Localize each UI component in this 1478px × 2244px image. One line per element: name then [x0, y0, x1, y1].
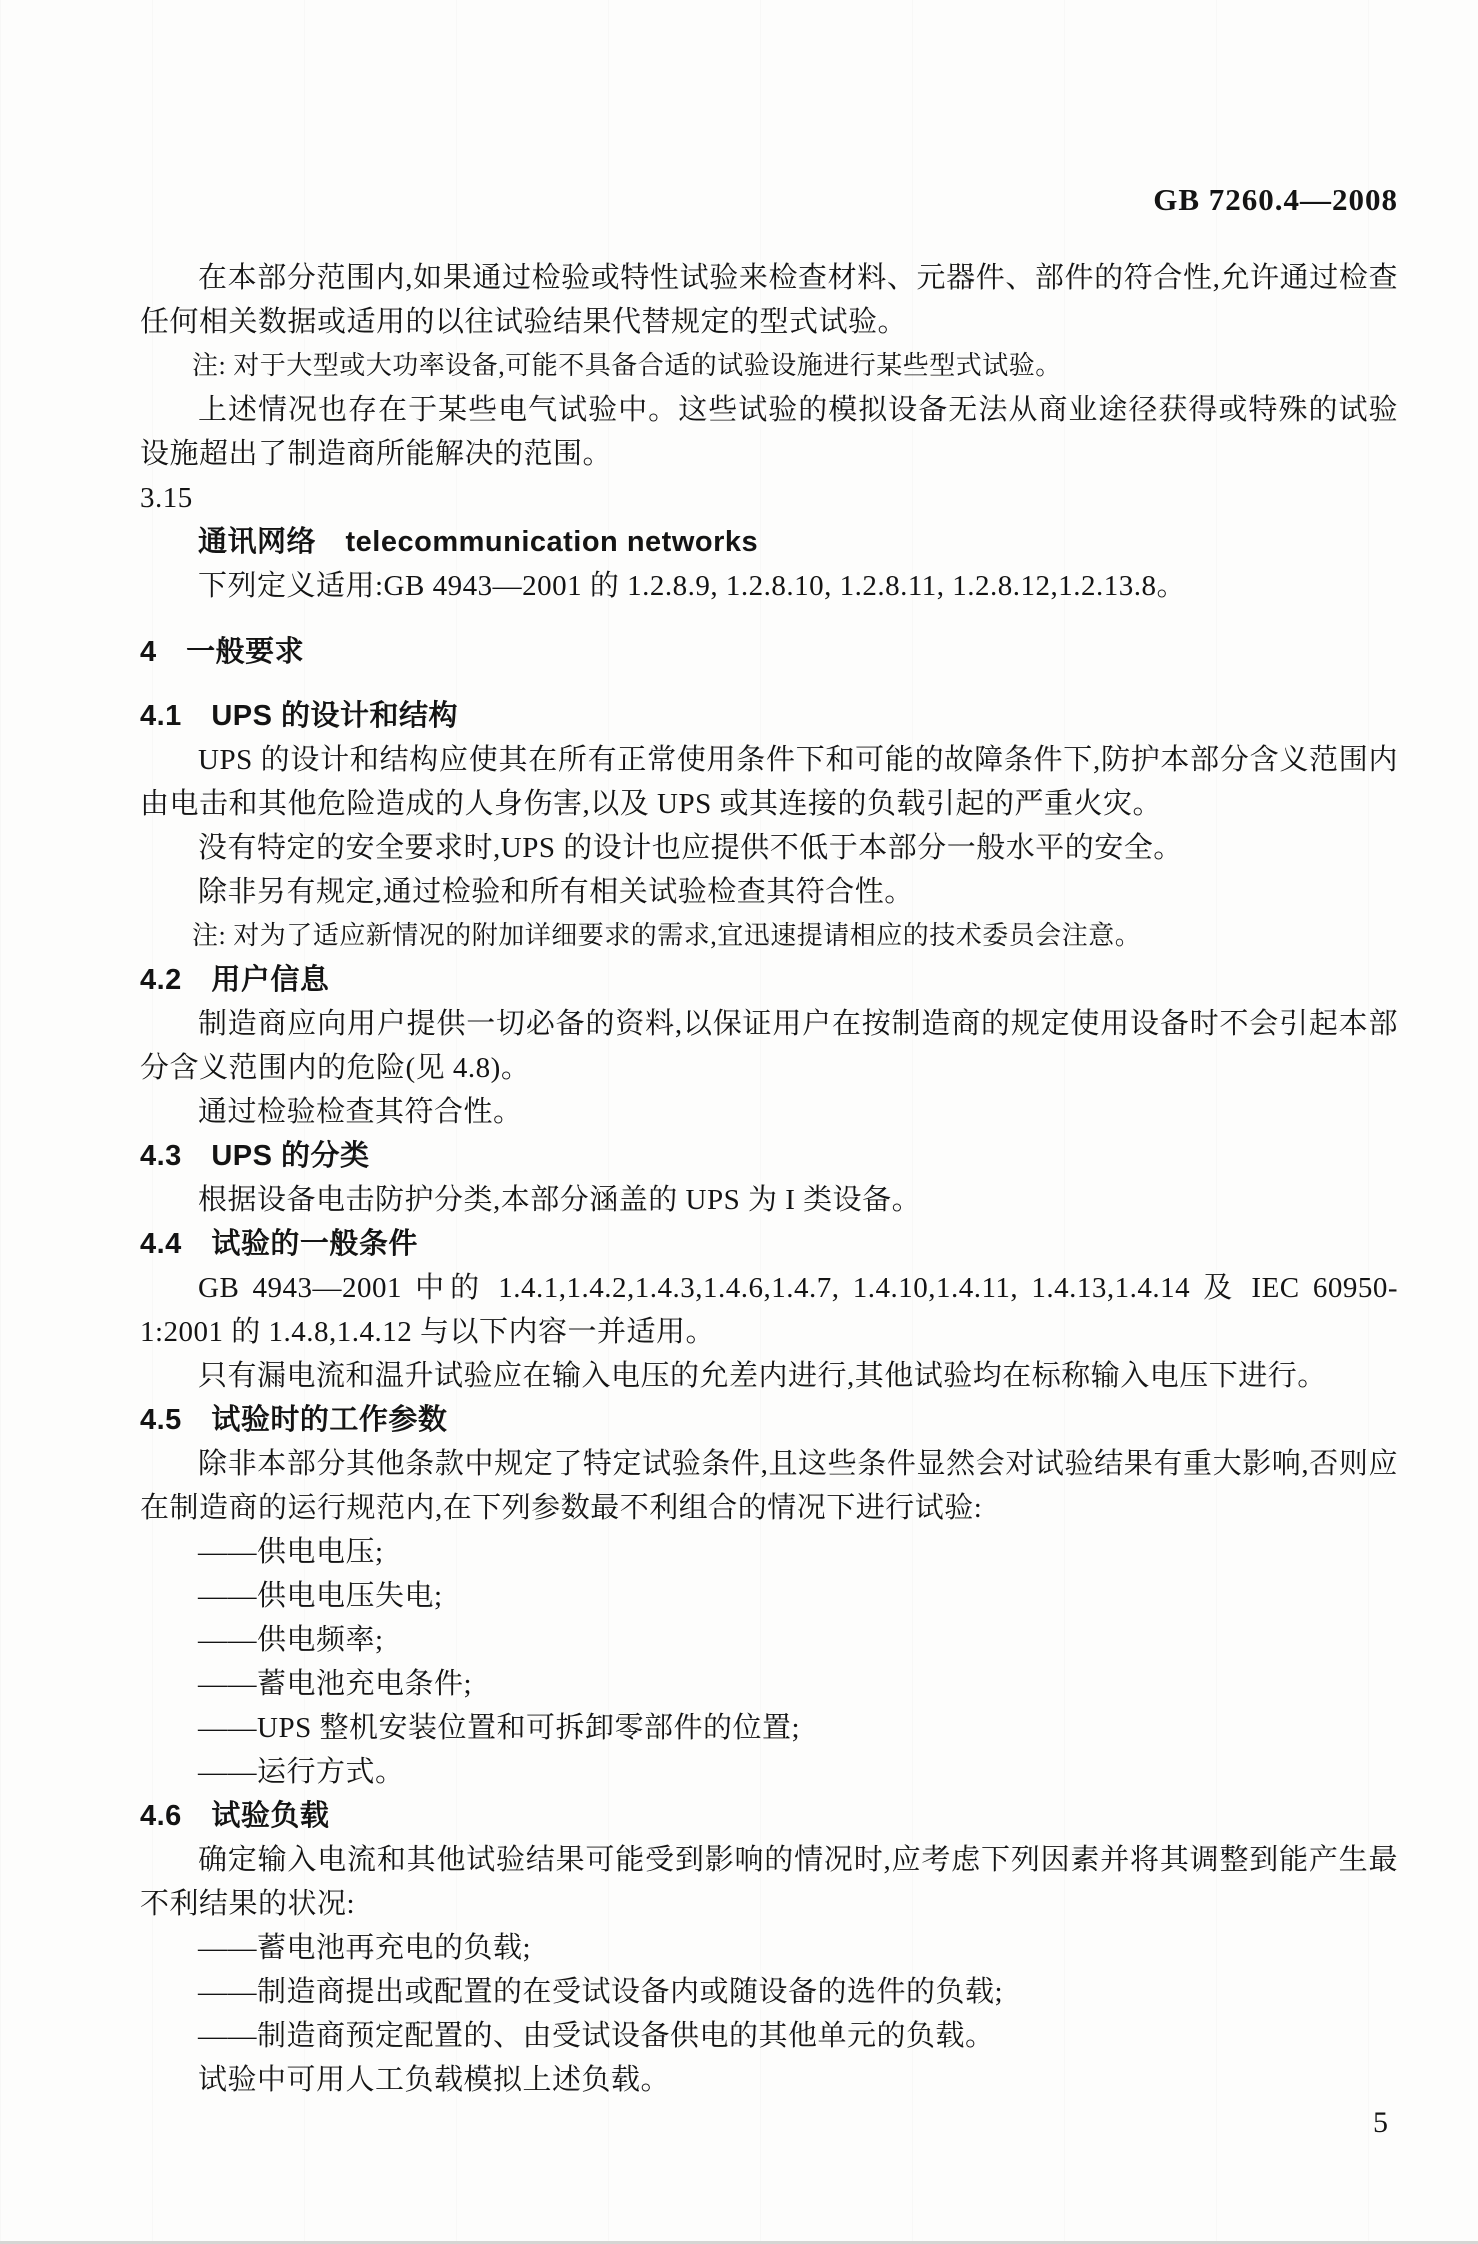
list-item: ——UPS 整机安装位置和可拆卸零部件的位置; — [140, 1706, 1398, 1750]
clause-heading: 4.2 用户信息 — [140, 958, 1398, 1002]
chapter-heading: 4 一般要求 — [140, 630, 1398, 674]
list-item: ——供电频率; — [140, 1618, 1398, 1662]
term-heading: 通讯网络 telecommunication networks — [140, 520, 1398, 564]
paragraph: 制造商应向用户提供一切必备的资料,以保证用户在按制造商的规定使用设备时不会引起本… — [140, 1002, 1398, 1090]
clause-heading: 4.5 试验时的工作参数 — [140, 1398, 1398, 1442]
document-page: GB 7260.4—2008 在本部分范围内,如果通过检验或特性试验来检查材料、… — [0, 0, 1478, 2244]
paragraph: 确定输入电流和其他试验结果可能受到影响的情况时,应考虑下列因素并将其调整到能产生… — [140, 1838, 1398, 1926]
paragraph: 在本部分范围内,如果通过检验或特性试验来检查材料、元器件、部件的符合性,允许通过… — [140, 256, 1398, 344]
list-item: ——运行方式。 — [140, 1750, 1398, 1794]
note: 注: 对为了适应新情况的附加详细要求的需求,宜迅速提请相应的技术委员会注意。 — [140, 914, 1398, 958]
list-item: ——制造商预定配置的、由受试设备供电的其他单元的负载。 — [140, 2014, 1398, 2058]
page-number: 5 — [1373, 2106, 1388, 2140]
paragraph: GB 4943—2001 中的 1.4.1,1.4.2,1.4.3,1.4.6,… — [140, 1266, 1398, 1354]
paragraph: 只有漏电流和温升试验应在输入电压的允差内进行,其他试验均在标称输入电压下进行。 — [140, 1354, 1398, 1398]
list-item: ——供电电压失电; — [140, 1574, 1398, 1618]
clause-heading: 4.4 试验的一般条件 — [140, 1222, 1398, 1266]
paragraph: 上述情况也存在于某些电气试验中。这些试验的模拟设备无法从商业途径获得或特殊的试验… — [140, 388, 1398, 476]
note: 注: 对于大型或大功率设备,可能不具备合适的试验设施进行某些型式试验。 — [140, 344, 1398, 388]
paragraph: 试验中可用人工负载模拟上述负载。 — [140, 2058, 1398, 2102]
clause-heading: 4.3 UPS 的分类 — [140, 1134, 1398, 1178]
paragraph: 通过检验检查其符合性。 — [140, 1090, 1398, 1134]
standard-number: GB 7260.4—2008 — [1153, 182, 1398, 218]
list-item: ——供电电压; — [140, 1530, 1398, 1574]
list-item: ——制造商提出或配置的在受试设备内或随设备的选件的负载; — [140, 1970, 1398, 2014]
paragraph: 根据设备电击防护分类,本部分涵盖的 UPS 为 I 类设备。 — [140, 1178, 1398, 1222]
paragraph: 下列定义适用:GB 4943—2001 的 1.2.8.9, 1.2.8.10,… — [140, 564, 1398, 608]
clause-number: 3.15 — [140, 476, 1398, 520]
clause-heading: 4.1 UPS 的设计和结构 — [140, 694, 1398, 738]
paragraph: 没有特定的安全要求时,UPS 的设计也应提供不低于本部分一般水平的安全。 — [140, 826, 1398, 870]
list-item: ——蓄电池再充电的负载; — [140, 1926, 1398, 1970]
paragraph: UPS 的设计和结构应使其在所有正常使用条件下和可能的故障条件下,防护本部分含义… — [140, 738, 1398, 826]
document-body: 在本部分范围内,如果通过检验或特性试验来检查材料、元器件、部件的符合性,允许通过… — [140, 256, 1398, 2102]
clause-heading: 4.6 试验负载 — [140, 1794, 1398, 1838]
paragraph: 除非本部分其他条款中规定了特定试验条件,且这些条件显然会对试验结果有重大影响,否… — [140, 1442, 1398, 1530]
list-item: ——蓄电池充电条件; — [140, 1662, 1398, 1706]
paragraph: 除非另有规定,通过检验和所有相关试验检查其符合性。 — [140, 870, 1398, 914]
